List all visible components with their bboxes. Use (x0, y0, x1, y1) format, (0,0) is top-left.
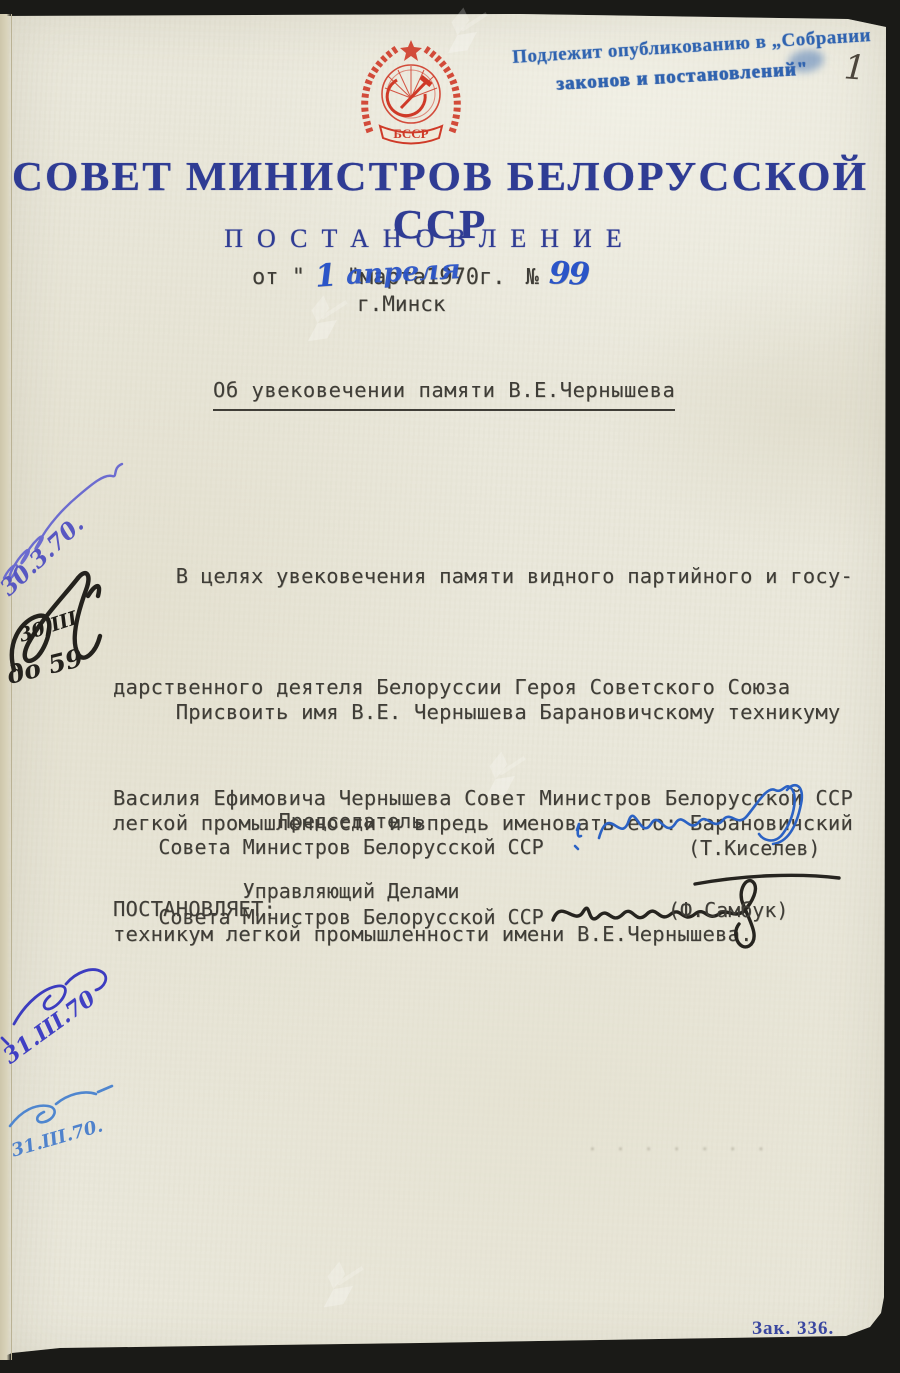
scanned-document-page: 1 Подлежит опубликованию в „Собрании зак… (0, 0, 900, 1373)
city-line: г.Минск (357, 292, 446, 316)
signature-name-kiselev: (Т.Киселев) (688, 836, 820, 860)
document-type-heading: ПОСТАНОВЛЕНИЕ (0, 224, 860, 254)
signature-name-samchuk: (Ф.Самбук) (668, 898, 788, 922)
signature-role-chairman: Председатель Совета Министров Белорусско… (155, 808, 547, 860)
month-field: марта апреля (360, 265, 426, 290)
handwritten-month: апреля (345, 254, 461, 291)
role-line: Совета Министров Белорусской ССР (155, 904, 547, 930)
numero-sign: № (526, 265, 539, 290)
role-line: Совета Министров Белорусской ССР (155, 834, 547, 860)
decree-title: Об увековечении памяти В.Е.Чернышева (213, 378, 675, 411)
role-line: Председатель (155, 808, 547, 834)
signature-role-administrator: Управляющий Делами Совета Министров Бело… (155, 878, 547, 930)
handwritten-number: 99 (548, 255, 588, 292)
role-line: Управляющий Делами (155, 878, 547, 904)
dateline-prefix: от " (252, 265, 305, 290)
page-number: 1 (843, 47, 867, 88)
dateline: от " 1 " марта апреля 1970г. № 99 (252, 256, 588, 292)
body-line: Присвоить имя В.Е. Чернышева Барановичск… (113, 694, 853, 731)
bssr-coat-of-arms-icon: БССР (352, 36, 470, 148)
print-order-number: Зак. 336. (752, 1318, 834, 1340)
body-line: В целях увековечения памяти видного парт… (113, 558, 853, 595)
emblem-label: БССР (393, 126, 428, 141)
bleed-through-marks: · · · · · · · (588, 1140, 838, 1158)
handwritten-day: 1 (314, 257, 338, 294)
